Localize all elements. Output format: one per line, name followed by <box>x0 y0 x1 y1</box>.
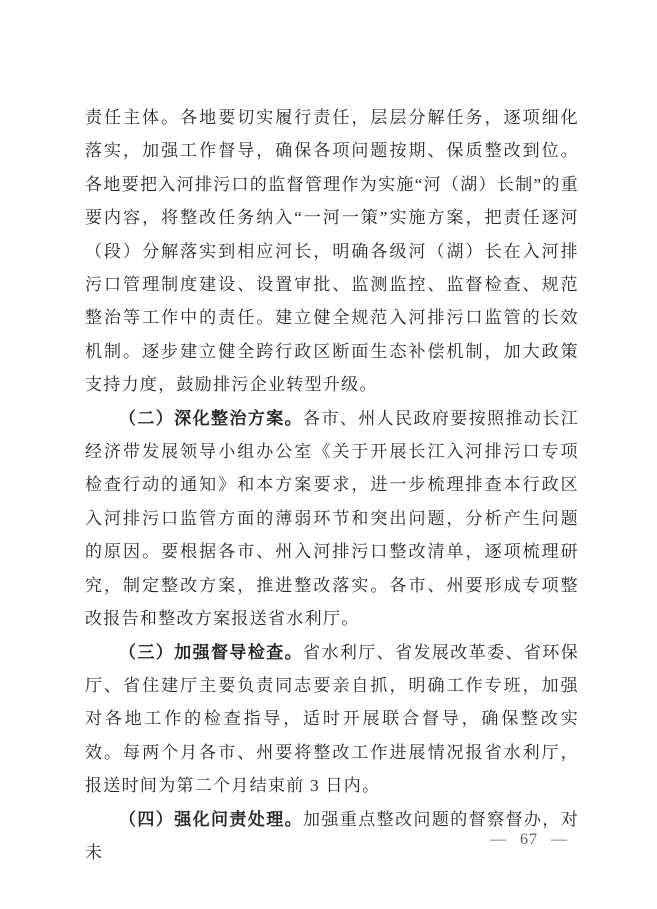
section-heading: （四）强化问责处理。 <box>119 810 303 829</box>
paragraph-text: 省水利厅、省发展改革委、省环保厅、省住建厅主要负责同志要亲自抓，明确工作专班，加… <box>85 643 579 796</box>
document-page: 责任主体。各地要切实履行责任，层层分解任务，逐项细化落实，加强工作督导，确保各项… <box>0 0 657 909</box>
page-number: — 67 — <box>479 831 579 849</box>
paragraph: （二）深化整治方案。各市、州人民政府要按照推动长江经济带发展领导小组办公室《关于… <box>85 402 579 636</box>
document-body: 责任主体。各地要切实履行责任，层层分解任务，逐项细化落实，加强工作督导，确保各项… <box>85 101 579 869</box>
paragraph: （三）加强督导检查。省水利厅、省发展改革委、省环保厅、省住建厅主要负责同志要亲自… <box>85 636 579 803</box>
section-heading: （三）加强督导检查。 <box>119 643 303 662</box>
paragraph: 责任主体。各地要切实履行责任，层层分解任务，逐项细化落实，加强工作督导，确保各项… <box>85 101 579 402</box>
paragraph-text: 责任主体。各地要切实履行责任，层层分解任务，逐项细化落实，加强工作督导，确保各项… <box>85 108 579 394</box>
paragraph-text: 各市、州人民政府要按照推动长江经济带发展领导小组办公室《关于开展长江入河排污口专… <box>85 409 579 628</box>
section-heading: （二）深化整治方案。 <box>119 409 303 428</box>
